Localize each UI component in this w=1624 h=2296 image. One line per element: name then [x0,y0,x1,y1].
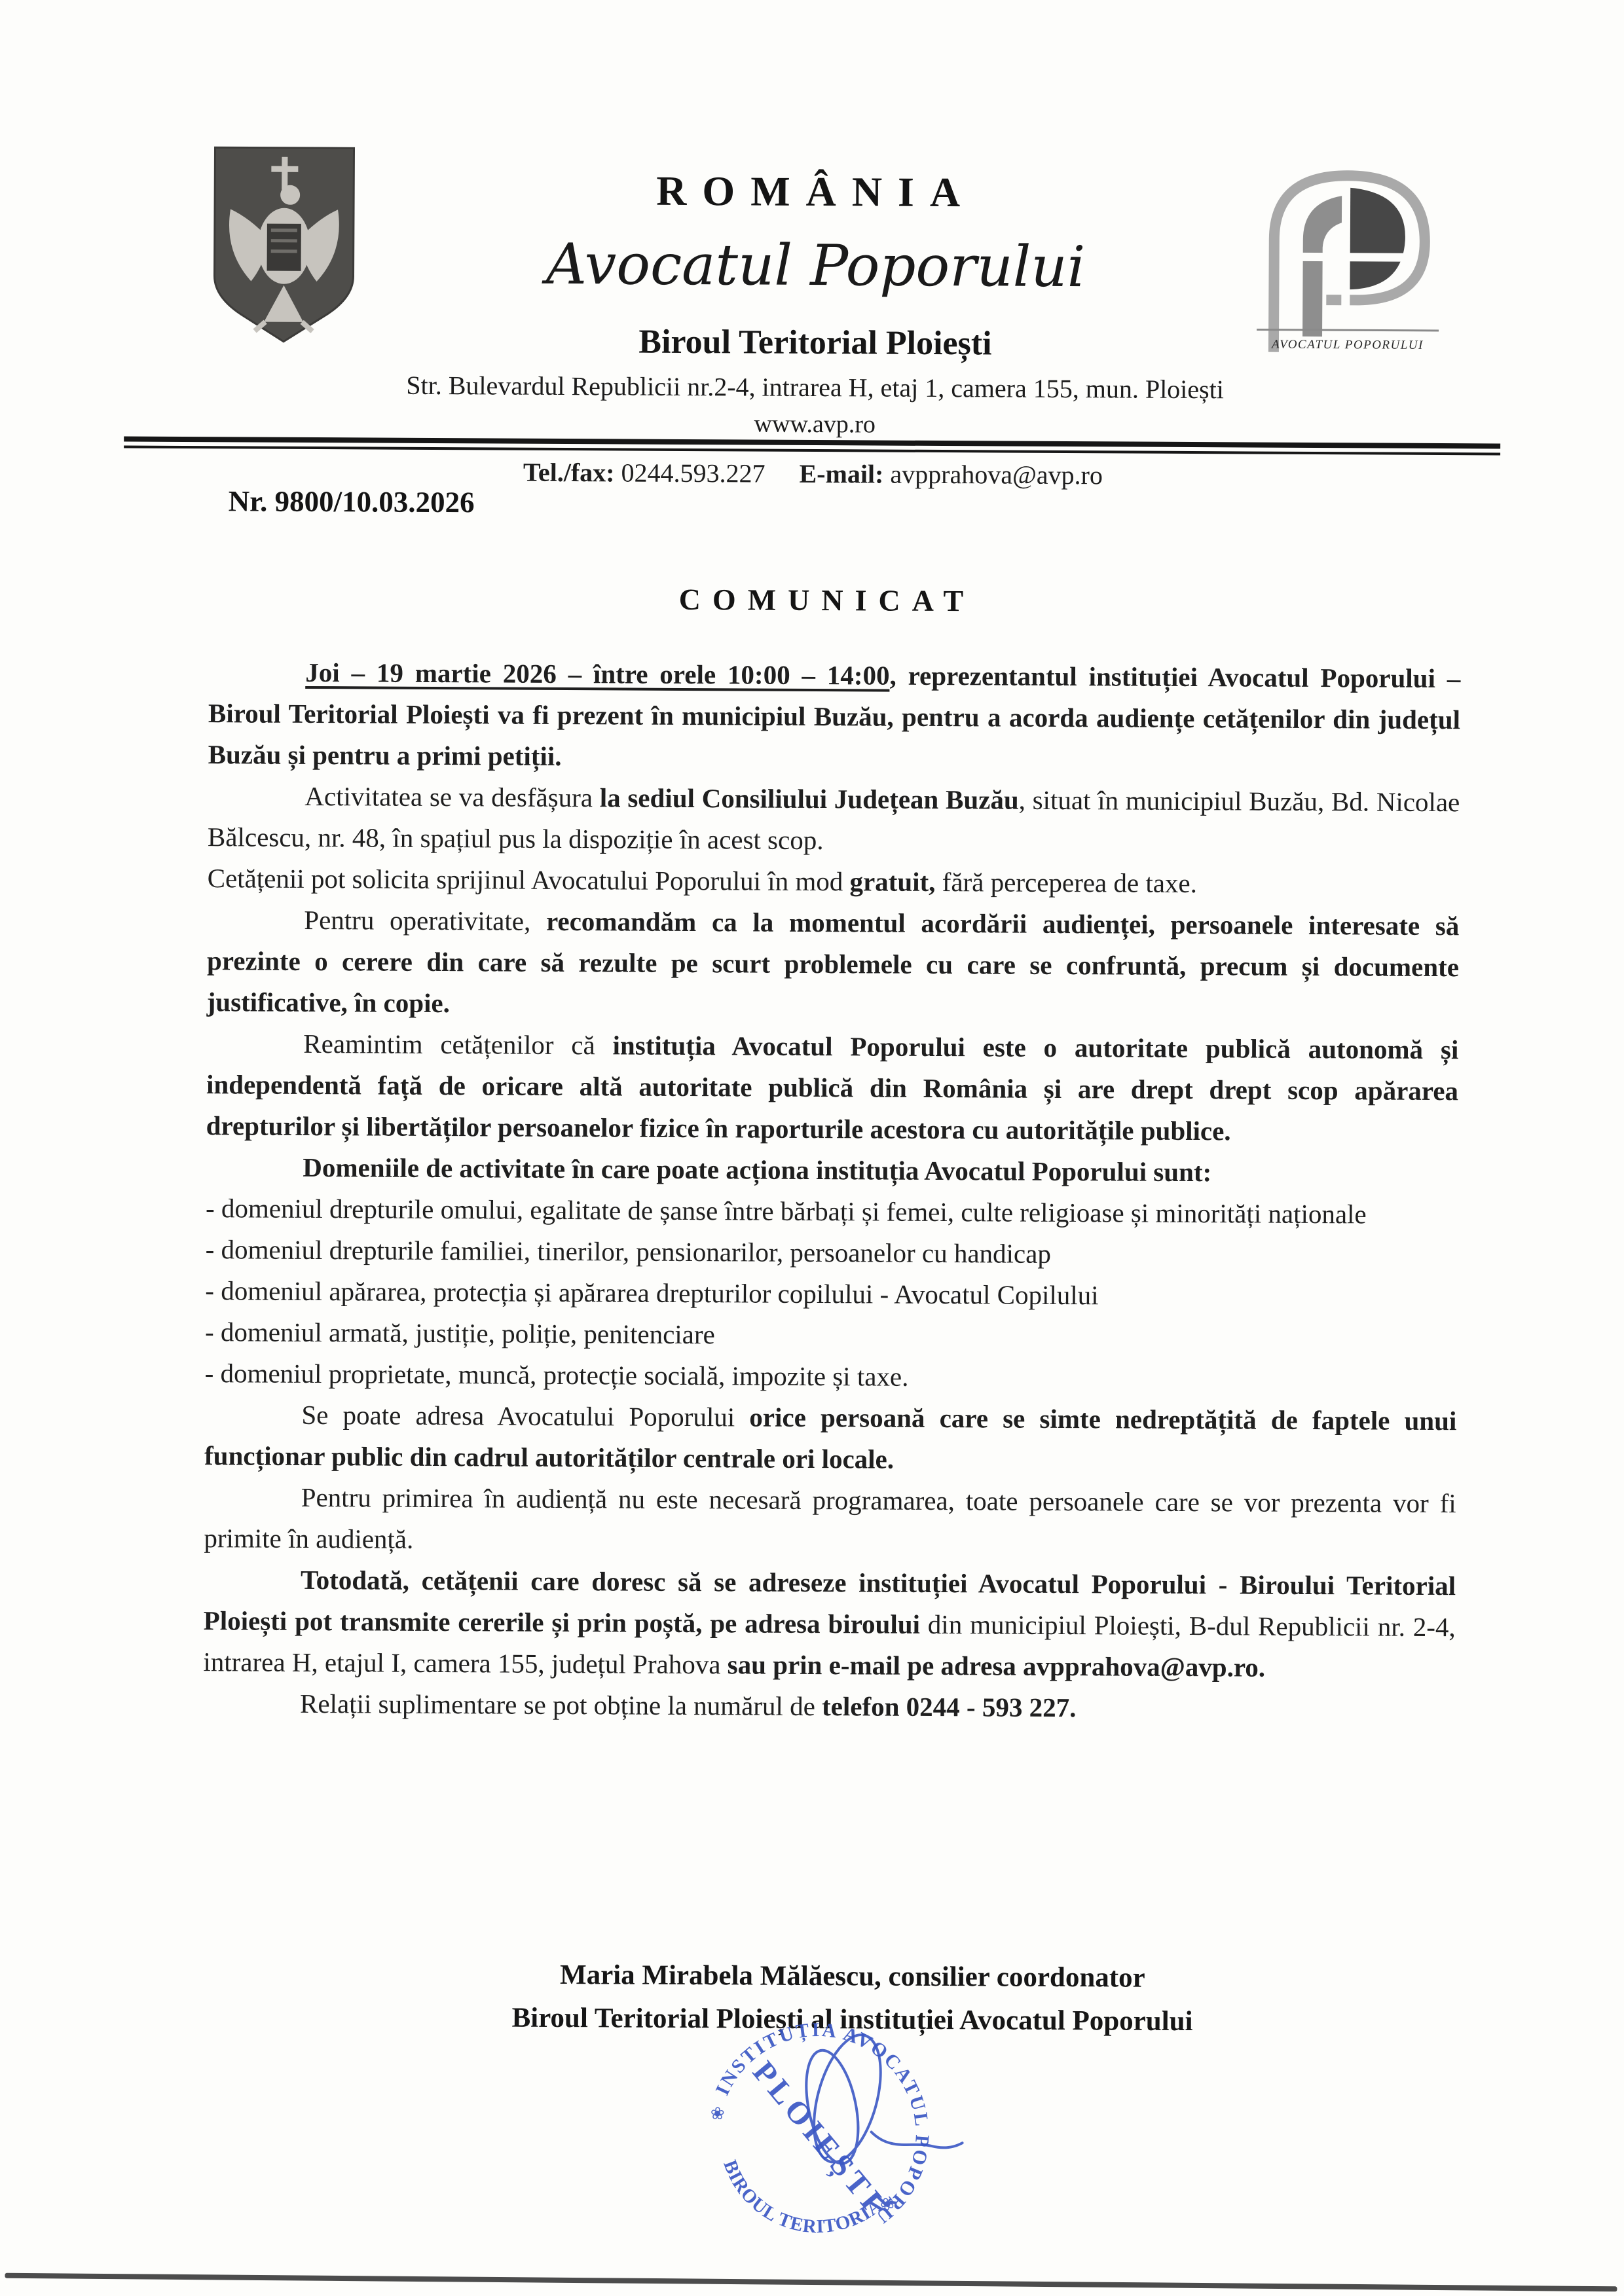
body-text-segment: Reamintim cetățenilor că [303,1029,613,1060]
body-text-segment: Relații suplimentare se pot obține la nu… [300,1688,822,1721]
institution-stamp-icon: INSTITUȚIA AVOCATUL POPORULUI BIROUL TER… [659,2009,975,2280]
document-body: Joi – 19 martie 2026 – între orele 10:00… [203,651,1461,1730]
country-title: ROMÂNIA [4,164,1624,221]
body-text-segment: Pentru primirea în audiență nu este nece… [204,1482,1456,1554]
body-text-segment: fără perceperea de taxe. [935,867,1197,898]
body-text-segment: gratuit, [849,866,935,897]
body-text-segment: Pentru operativitate, [304,905,546,936]
body-text-segment: la sediul Consiliului Județean Buzău [600,782,1019,814]
email-value: avpprahova@avp.ro [890,460,1103,490]
telfax-value: 0244.593.227 [621,458,765,488]
document-title: COMUNICAT [15,579,1624,622]
body-text-segment: sau prin e-mail pe adresa avpprahova@avp… [728,1649,1266,1682]
body-text-segment: Domeniile de activitate în care poate ac… [303,1152,1211,1187]
paragraph: Reamintim cetățenilor că instituția Avoc… [206,1023,1459,1153]
body-text-segment: Joi – 19 martie 2026 – între orele 10:00… [305,657,889,691]
office-address: Str. Bulevardul Republicii nr.2-4, intra… [3,368,1624,407]
scanned-document-page: AVOCATUL POPORULUI ROMÂNIA Avocatul Popo… [0,0,1624,2296]
paragraph: Domeniile de activitate în care poate ac… [206,1146,1458,1194]
paragraph: Totodată, cetățenii care doresc să se ad… [203,1559,1456,1689]
paragraph: Se poate adresa Avocatului Poporului ori… [204,1394,1457,1483]
body-text-segment: - domeniul armată, justiție, poliție, pe… [205,1317,715,1349]
paragraph: Activitatea se va desfășura la sediul Co… [208,775,1460,864]
paragraph: Relații suplimentare se pot obține la nu… [203,1683,1455,1730]
body-text-segment: - domeniul drepturile familiei, tinerilo… [206,1234,1051,1269]
stamp-separator-left: ❀ [706,2104,729,2124]
office-title: Biroul Teritorial Ploiești [3,319,1624,367]
reference-number: Nr. 9800/10.03.2026 [229,484,475,519]
body-text-segment: - domeniul drepturile omului, egalitate … [206,1193,1367,1229]
paragraph: Joi – 19 martie 2026 – între orele 10:00… [208,651,1460,782]
paragraph: Pentru operativitate, recomandăm ca la m… [207,899,1460,1029]
institution-script-title: Avocatul Poporului [3,229,1624,303]
paragraph: - domeniul armată, justiție, poliție, pe… [205,1311,1457,1359]
email-label: E-mail: [799,459,883,489]
body-text-segment: - domeniul apărarea, protecția și apărar… [205,1275,1099,1310]
body-text-segment: - domeniul proprietate, muncă, protecție… [205,1358,909,1392]
paragraph: - domeniul drepturile omului, egalitate … [206,1188,1458,1235]
body-text-segment: Se poate adresa Avocatului Poporului [301,1400,749,1432]
contact-line: Tel./fax: 0244.593.227E-mail: avpprahova… [523,457,1103,491]
body-text-segment: Activitatea se va desfășura [304,781,600,812]
paragraph: Pentru primirea în audiență nu este nece… [204,1476,1456,1565]
paragraph: - domeniul apărarea, protecția și apărar… [205,1270,1457,1318]
paragraph: - domeniul drepturile familiei, tinerilo… [206,1229,1458,1277]
telfax-label: Tel./fax: [523,458,615,488]
body-text-segment: telefon 0244 - 593 227. [822,1691,1077,1722]
paragraph: Cetățenii pot solicita sprijinul Avocatu… [208,858,1460,905]
paragraph: - domeniul proprietate, muncă, protecție… [205,1353,1457,1400]
body-text-segment: Cetățenii pot solicita sprijinul Avocatu… [208,863,850,896]
